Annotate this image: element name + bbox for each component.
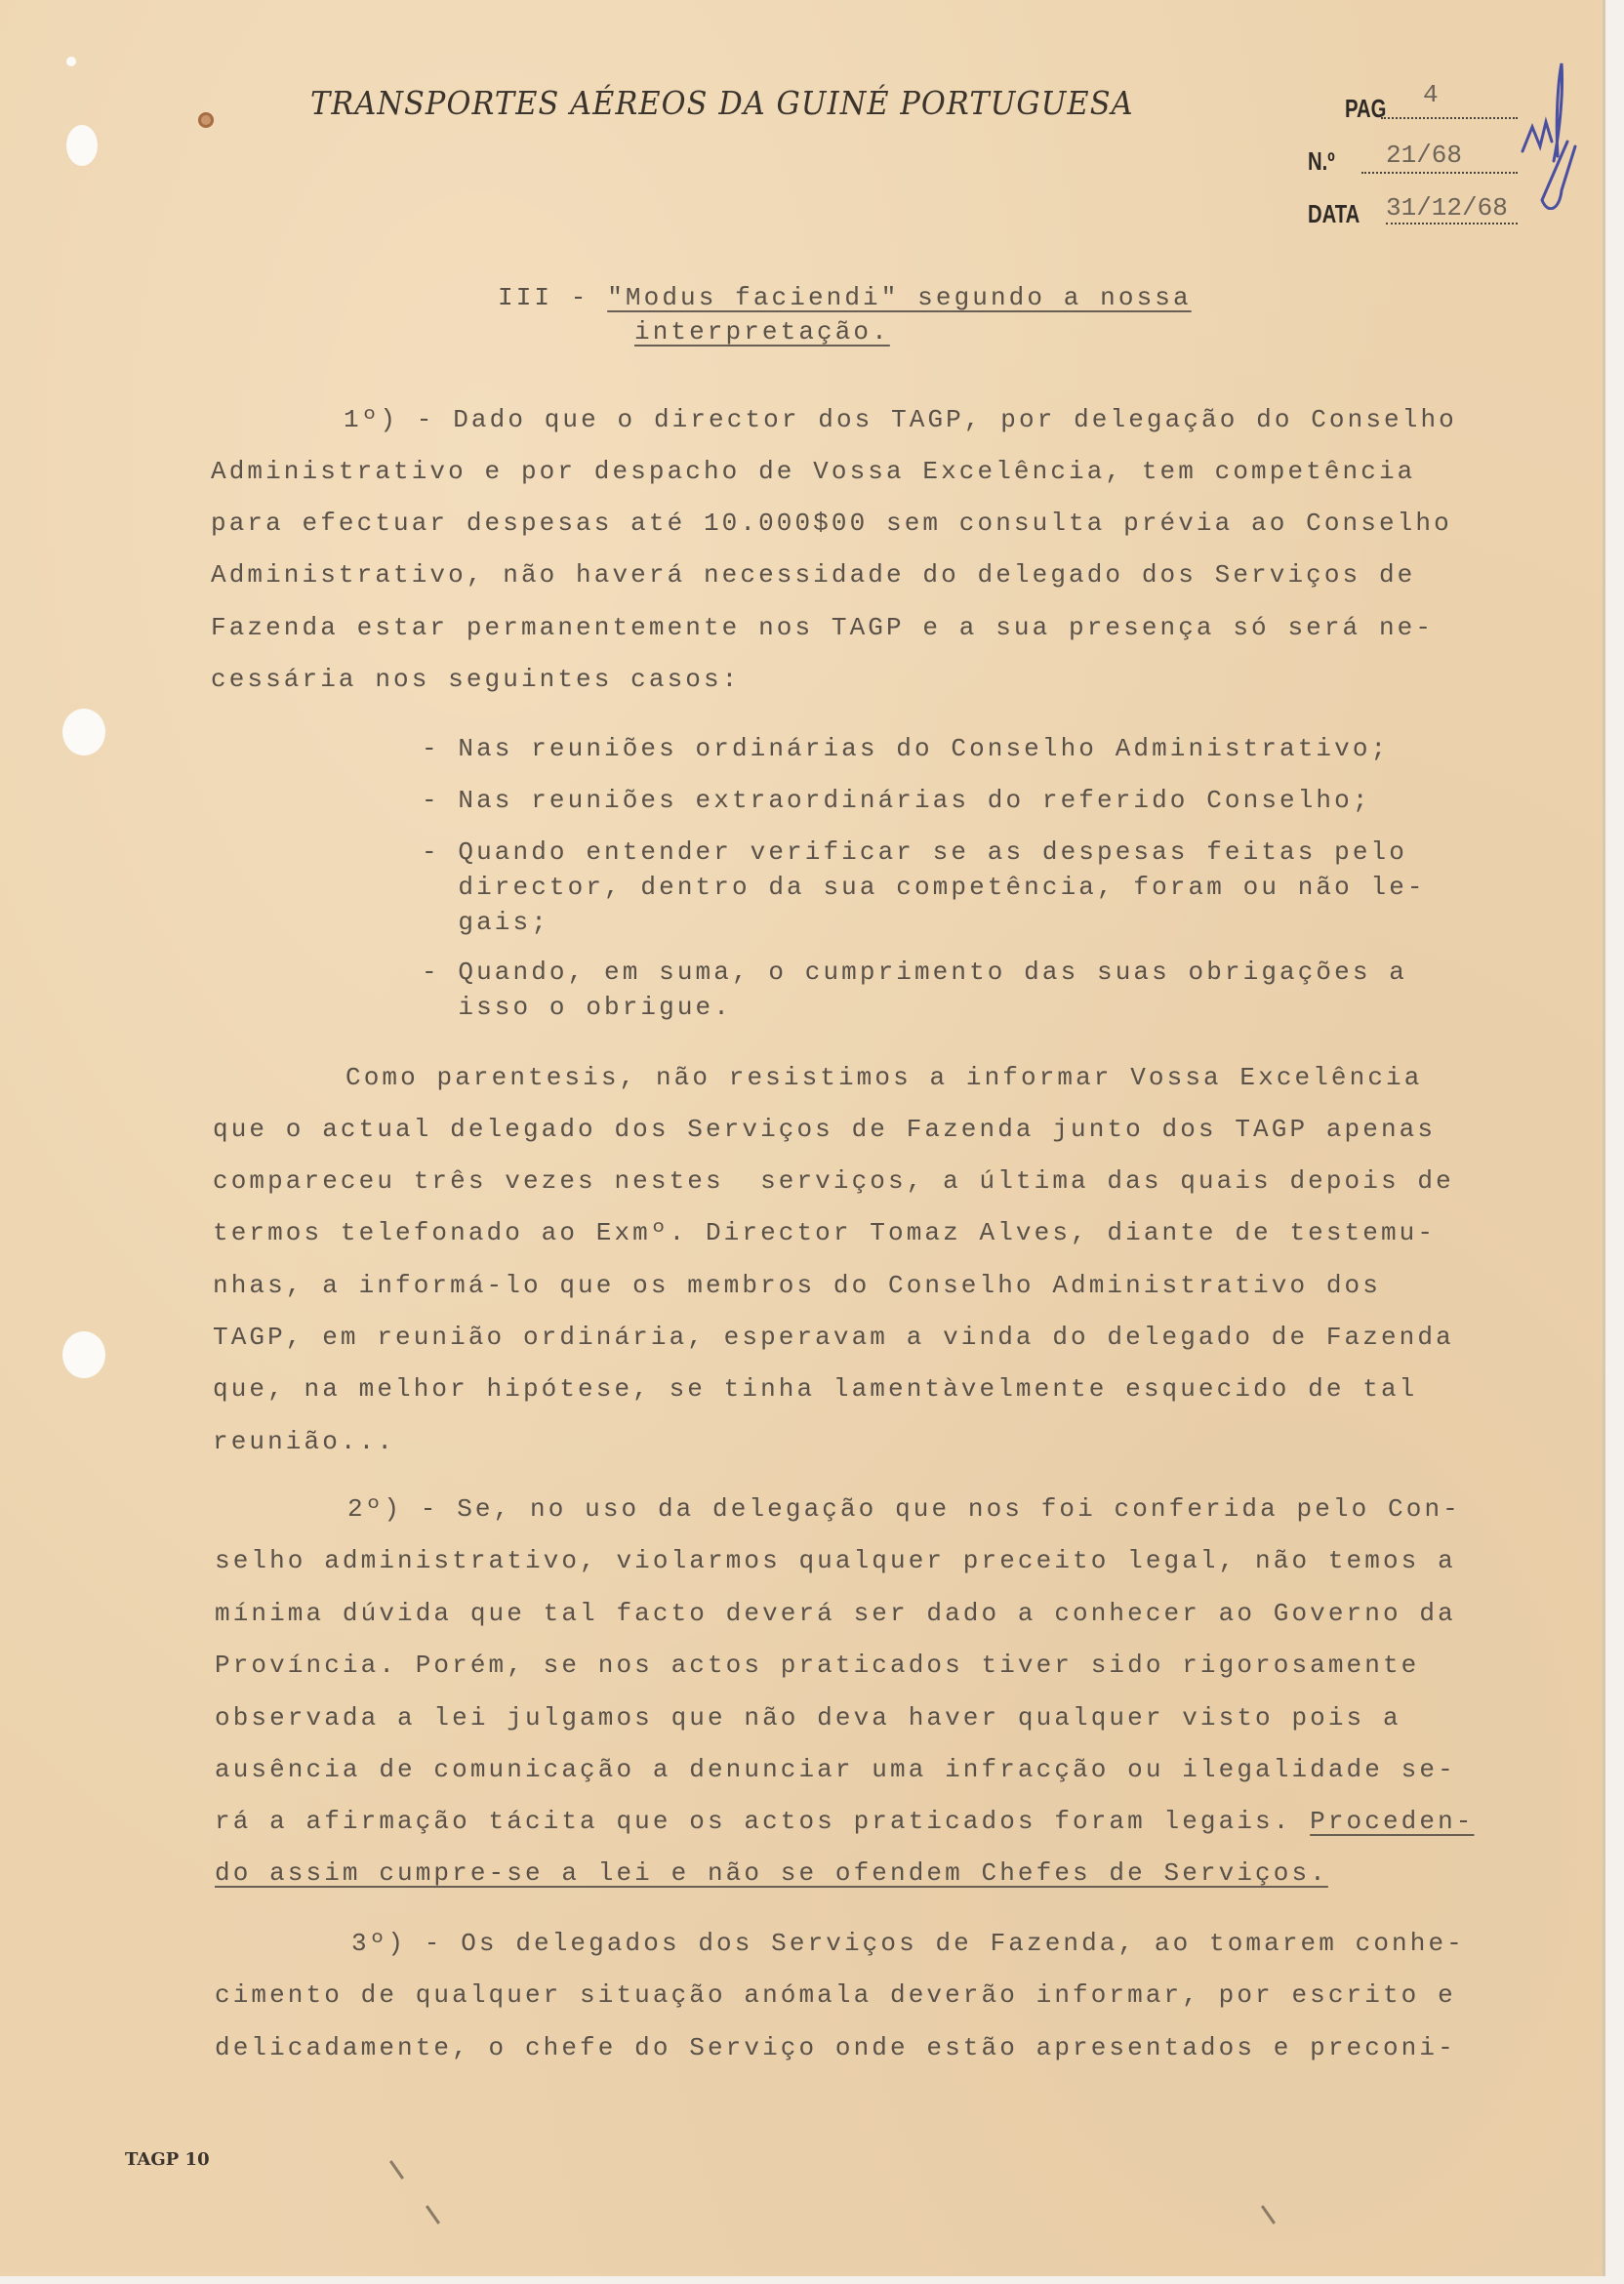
section-title-line-2: interpretação. [634,317,890,347]
punch-hole-lower [62,1331,105,1378]
point2-line: Província. Porém, se nos actos praticado… [215,1651,1419,1680]
data-dotted-line [1386,223,1518,224]
paper-mark [1261,2205,1276,2224]
document-page: TRANSPORTES AÉREOS DA GUINÉ PORTUGUESA P… [0,0,1603,2276]
numero-label: N.º [1308,146,1335,177]
parentesis-line: reunião... [213,1427,395,1456]
point2-line: rá a afirmação tácita que os actos prati… [215,1807,1474,1836]
point2-line: 2º) - Se, no uso da delegação que nos fo… [347,1494,1461,1524]
parentesis-line: compareceu três vezes nestes serviços, a… [213,1166,1454,1196]
data-label: DATA [1308,199,1360,229]
rust-spot [198,112,214,128]
point3-line: 3º) - Os delegados dos Serviços de Fazen… [351,1929,1465,1958]
point2-underlined-text: Proceden- [1310,1807,1474,1836]
point1-line: 1º) - Dado que o director dos TAGP, por … [344,405,1457,434]
section-prefix: III - [498,283,607,312]
company-letterhead: TRANSPORTES AÉREOS DA GUINÉ PORTUGUESA [310,84,1134,122]
point2-line: selho administrativo, violarmos qualquer… [215,1546,1456,1575]
paper-mark [426,2205,440,2224]
point2-underlined-conclusion: do assim cumpre-se a lei e não se ofende… [215,1858,1328,1888]
parentesis-line: que, na melhor hipótese, se tinha lament… [213,1374,1417,1404]
numero-dotted-line [1361,172,1518,174]
point2-line: observada a lei julgamos que não deva ha… [215,1703,1401,1733]
case-item-continuation: gais; [422,908,549,937]
section-title-text: "Modus faciendi" segundo a nossa [607,283,1191,312]
case-item: - Quando entender verificar se as despes… [422,837,1407,867]
point1-line: Fazenda estar permanentemente nos TAGP e… [211,613,1434,642]
case-item-continuation: director, dentro da sua competência, for… [422,873,1426,902]
point1-line: para efectuar despesas até 10.000$00 sem… [211,509,1452,538]
point1-line: Administrativo e por despacho de Vossa E… [211,457,1415,486]
numero-value: 21/68 [1386,141,1462,170]
pag-value: 4 [1423,80,1439,109]
paper-mark [389,2160,404,2180]
point2-line: ausência de comunicação a denunciar uma … [215,1755,1456,1784]
parentesis-line: Como parentesis, não resistimos a inform… [345,1063,1422,1092]
punch-hole-small [66,57,76,66]
punch-hole-top [66,125,98,166]
pag-dotted-line [1381,117,1518,119]
case-item: - Quando, em suma, o cumprimento das sua… [422,958,1407,987]
paper-edge [1603,0,1605,2276]
case-item: - Nas reuniões ordinárias do Conselho Ad… [422,734,1389,763]
pag-label: PAG [1345,94,1386,124]
point2-line: mínima dúvida que tal facto deverá ser d… [215,1599,1456,1628]
case-item-continuation: isso o obrigue. [422,993,732,1022]
parentesis-line: nhas, a informá-lo que os membros do Con… [213,1271,1381,1300]
data-value: 31/12/68 [1386,193,1508,223]
point2-plain-text: rá a afirmação tácita que os actos prati… [215,1807,1310,1836]
form-code: TAGP 10 [125,2149,210,2170]
point1-line: cessária nos seguintes casos: [211,665,740,694]
punch-hole-middle [62,709,105,755]
parentesis-line: termos telefonado ao Exmº. Director Toma… [213,1218,1436,1247]
point1-line: Administrativo, não haverá necessidade d… [211,560,1415,590]
handwritten-signature-icon [1513,54,1581,210]
section-title-line-1: III - "Modus faciendi" segundo a nossa [498,283,1192,312]
point3-line: delicadamente, o chefe do Serviço onde e… [215,2033,1456,2062]
case-item: - Nas reuniões extraordinárias do referi… [422,786,1371,815]
point3-line: cimento de qualquer situação anómala dev… [215,1980,1456,2010]
parentesis-line: que o actual delegado dos Serviços de Fa… [213,1115,1436,1144]
parentesis-line: TAGP, em reunião ordinária, esperavam a … [213,1323,1454,1352]
